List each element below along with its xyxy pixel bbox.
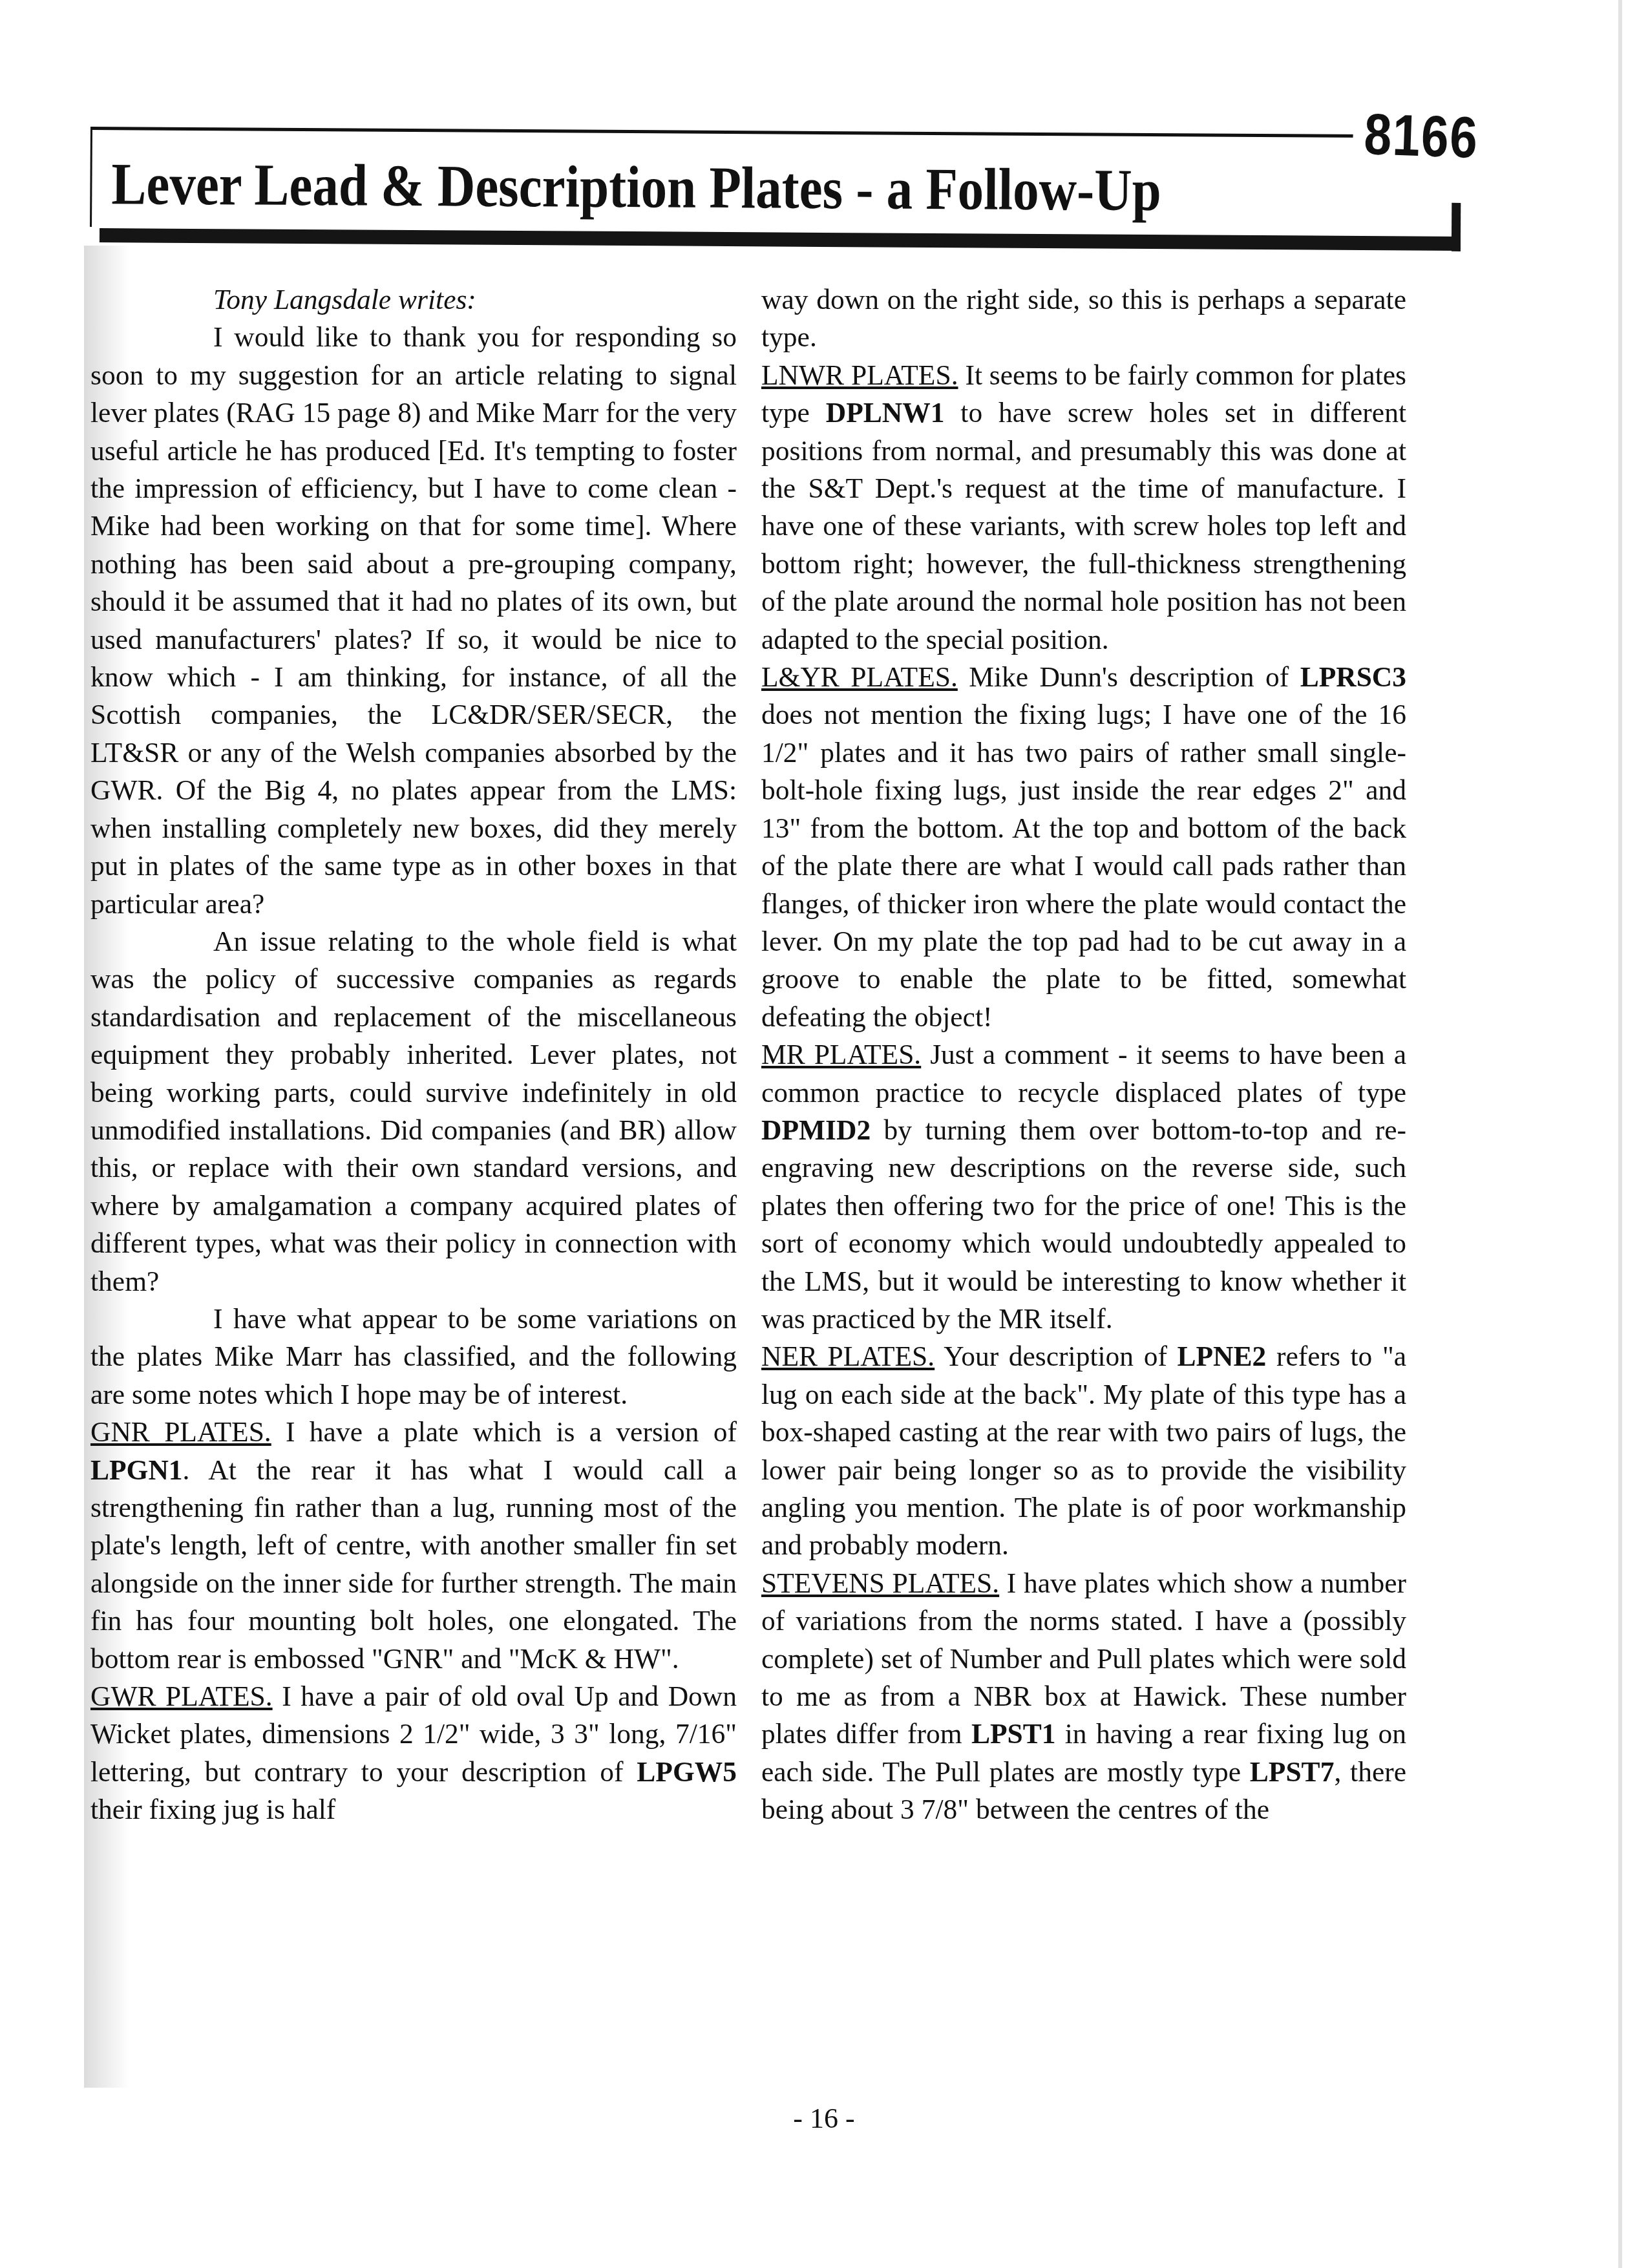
plate-code: LPNE2 <box>1178 1341 1267 1372</box>
paragraph-variations: I have what appear to be some variations… <box>90 1300 737 1414</box>
byline: Tony Langsdale writes: <box>90 281 737 319</box>
plate-code: DPMID2 <box>761 1115 871 1146</box>
section-heading-gnr: GNR PLATES. <box>90 1417 271 1448</box>
section-gnr: GNR PLATES. I have a plate which is a ve… <box>90 1414 737 1678</box>
plate-code: LPGN1 <box>90 1455 183 1486</box>
section-gwr: GWR PLATES. I have a pair of old oval Up… <box>90 1678 737 1829</box>
section-stevens: STEVENS PLATES. I have plates which show… <box>761 1565 1406 1829</box>
section-heading-lnwr: LNWR PLATES. <box>761 360 958 391</box>
section-heading-ner: NER PLATES. <box>761 1341 935 1372</box>
section-heading-lyr: L&YR PLATES. <box>761 662 958 693</box>
left-column: Tony Langsdale writes: I would like to t… <box>90 281 737 1829</box>
plate-code: LPGW5 <box>637 1757 737 1788</box>
section-heading-stevens: STEVENS PLATES. <box>761 1568 999 1599</box>
title-box: Lever Lead & Description Plates - a Foll… <box>90 127 1450 235</box>
section-ner: NER PLATES. Your description of LPNE2 re… <box>761 1338 1406 1564</box>
page-number: - 16 - <box>0 2102 1648 2135</box>
section-heading-mr: MR PLATES. <box>761 1039 921 1070</box>
page-title: Lever Lead & Description Plates - a Foll… <box>111 149 1161 224</box>
paragraph-intro: I would like to thank you for responding… <box>90 319 737 923</box>
section-heading-gwr: GWR PLATES. <box>90 1681 273 1712</box>
section-lyr: L&YR PLATES. Mike Dunn's description of … <box>761 659 1406 1036</box>
paragraph-policy: An issue relating to the whole field is … <box>90 923 737 1300</box>
scan-page-edge <box>1618 0 1622 2268</box>
plate-code: LPST7 <box>1250 1757 1335 1788</box>
plate-code: LPST1 <box>971 1719 1056 1750</box>
right-column: way down on the right side, so this is p… <box>761 281 1406 1829</box>
plate-code: DPLNW1 <box>826 397 945 429</box>
section-lnwr: LNWR PLATES. It seems to be fairly commo… <box>761 357 1406 659</box>
section-mr: MR PLATES. Just a comment - it seems to … <box>761 1036 1406 1338</box>
document-number-stamp: 8166 <box>1352 101 1490 172</box>
plate-code: LPRSC3 <box>1300 662 1406 693</box>
section-gwr-continued: way down on the right side, so this is p… <box>761 281 1406 357</box>
